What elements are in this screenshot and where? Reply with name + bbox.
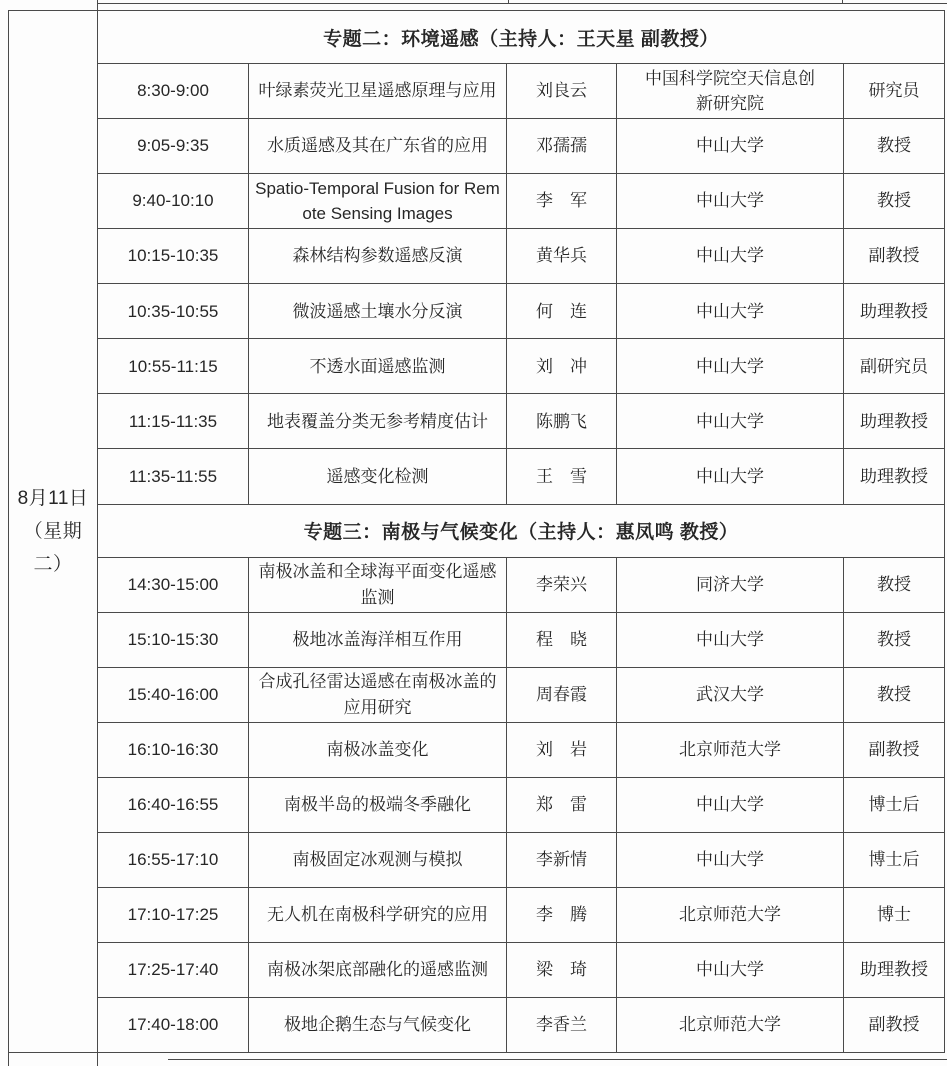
table-row: 15:10-15:30 极地冰盖海洋相互作用 程 晓 中山大学 教授 [98, 612, 944, 667]
affiliation-cell: 中山大学 [616, 613, 843, 667]
time-cell: 15:10-15:30 [98, 613, 248, 667]
title-cell: 教授 [843, 174, 944, 228]
affiliation-cell: 中山大学 [616, 833, 843, 887]
title-cell: 副教授 [843, 229, 944, 283]
table-row: 16:55-17:10 南极固定冰观测与模拟 李新情 中山大学 博士后 [98, 832, 944, 887]
topic-cell: 不透水面遥感监测 [248, 339, 506, 393]
table-row: 16:10-16:30 南极冰盖变化 刘 岩 北京师范大学 副教授 [98, 722, 944, 777]
title-cell: 教授 [843, 558, 944, 612]
session-title: 专题三：南极与气候变化（主持人：惠凤鸣 教授） [304, 517, 739, 544]
time-cell: 9:40-10:10 [98, 174, 248, 228]
date-label: 8月11日 [18, 482, 89, 515]
affiliation-cell: 武汉大学 [616, 668, 843, 722]
agenda-table: 8月11日 （星期二） 专题二：环境遥感（主持人：王天星 副教授） 8:30-9… [8, 10, 945, 1053]
topic-cell: 遥感变化检测 [248, 449, 506, 503]
title-cell: 助理教授 [843, 284, 944, 338]
schedule-content: 专题二：环境遥感（主持人：王天星 副教授） 8:30-9:00 叶绿素荧光卫星遥… [98, 11, 944, 1052]
session-header: 专题二：环境遥感（主持人：王天星 副教授） [98, 11, 944, 63]
top-crop-stub-1 [97, 0, 98, 10]
affiliation-cell: 中山大学 [616, 778, 843, 832]
table-row: 11:15-11:35 地表覆盖分类无参考精度估计 陈鹏飞 中山大学 助理教授 [98, 393, 944, 448]
time-cell: 17:25-17:40 [98, 943, 248, 997]
topic-cell: 森林结构参数遥感反演 [248, 229, 506, 283]
title-cell: 博士后 [843, 778, 944, 832]
speaker-cell: 李香兰 [506, 998, 616, 1052]
affiliation-cell: 中国科学院空天信息创新研究院 [616, 64, 843, 118]
affiliation-cell: 中山大学 [616, 449, 843, 503]
topic-cell: 南极冰盖和全球海平面变化遥感监测 [248, 558, 506, 612]
title-cell: 副研究员 [843, 339, 944, 393]
speaker-cell: 李荣兴 [506, 558, 616, 612]
affiliation-cell: 中山大学 [616, 339, 843, 393]
table-row: 17:10-17:25 无人机在南极科学研究的应用 李 腾 北京师范大学 博士 [98, 887, 944, 942]
topic-cell: 南极冰盖变化 [248, 723, 506, 777]
title-cell: 教授 [843, 668, 944, 722]
speaker-cell: 周春霞 [506, 668, 616, 722]
topic-cell: 南极冰架底部融化的遥感监测 [248, 943, 506, 997]
time-cell: 15:40-16:00 [98, 668, 248, 722]
top-crop-stub-3 [842, 0, 843, 4]
title-cell: 助理教授 [843, 394, 944, 448]
time-cell: 11:15-11:35 [98, 394, 248, 448]
speaker-cell: 程 晓 [506, 613, 616, 667]
session-title: 专题二：环境遥感（主持人：王天星 副教授） [323, 24, 719, 51]
topic-cell: Spatio-Temporal Fusion for Remote Sensin… [248, 174, 506, 228]
speaker-cell: 郑 雷 [506, 778, 616, 832]
table-row: 14:30-15:00 南极冰盖和全球海平面变化遥感监测 李荣兴 同济大学 教授 [98, 557, 944, 612]
affiliation-cell: 中山大学 [616, 119, 843, 173]
time-cell: 10:15-10:35 [98, 229, 248, 283]
time-cell: 11:35-11:55 [98, 449, 248, 503]
title-cell: 副教授 [843, 723, 944, 777]
affiliation-cell: 中山大学 [616, 394, 843, 448]
title-cell: 助理教授 [843, 943, 944, 997]
top-crop-stub-2 [508, 0, 509, 4]
speaker-cell: 李 腾 [506, 888, 616, 942]
top-crop-divider [97, 3, 947, 4]
table-row: 17:40-18:00 极地企鹅生态与气候变化 李香兰 北京师范大学 副教授 [98, 997, 944, 1052]
table-row: 17:25-17:40 南极冰架底部融化的遥感监测 梁 琦 中山大学 助理教授 [98, 942, 944, 997]
title-cell: 博士 [843, 888, 944, 942]
time-cell: 8:30-9:00 [98, 64, 248, 118]
table-row: 10:35-10:55 微波遥感土壤水分反演 何 连 中山大学 助理教授 [98, 283, 944, 338]
speaker-cell: 梁 琦 [506, 943, 616, 997]
speaker-cell: 邓孺孺 [506, 119, 616, 173]
table-row: 11:35-11:55 遥感变化检测 王 雪 中山大学 助理教授 [98, 448, 944, 503]
time-cell: 10:55-11:15 [98, 339, 248, 393]
speaker-cell: 何 连 [506, 284, 616, 338]
speaker-cell: 王 雪 [506, 449, 616, 503]
topic-cell: 极地冰盖海洋相互作用 [248, 613, 506, 667]
topic-cell: 无人机在南极科学研究的应用 [248, 888, 506, 942]
table-row: 10:15-10:35 森林结构参数遥感反演 黄华兵 中山大学 副教授 [98, 228, 944, 283]
table-row: 9:40-10:10 Spatio-Temporal Fusion for Re… [98, 173, 944, 228]
affiliation-cell: 中山大学 [616, 229, 843, 283]
title-cell: 副教授 [843, 998, 944, 1052]
bottom-crop-stub-2 [97, 1052, 98, 1066]
time-cell: 14:30-15:00 [98, 558, 248, 612]
speaker-cell: 黄华兵 [506, 229, 616, 283]
table-row: 10:55-11:15 不透水面遥感监测 刘 冲 中山大学 副研究员 [98, 338, 944, 393]
speaker-cell: 李新情 [506, 833, 616, 887]
affiliation-cell: 中山大学 [616, 284, 843, 338]
time-cell: 17:10-17:25 [98, 888, 248, 942]
topic-cell: 叶绿素荧光卫星遥感原理与应用 [248, 64, 506, 118]
weekday-label: （星期二） [9, 515, 97, 582]
affiliation-cell: 北京师范大学 [616, 723, 843, 777]
affiliation-cell: 北京师范大学 [616, 998, 843, 1052]
title-cell: 助理教授 [843, 449, 944, 503]
topic-cell: 南极半岛的极端冬季融化 [248, 778, 506, 832]
speaker-cell: 刘 岩 [506, 723, 616, 777]
speaker-cell: 陈鹏飞 [506, 394, 616, 448]
title-cell: 教授 [843, 613, 944, 667]
table-row: 9:05-9:35 水质遥感及其在广东省的应用 邓孺孺 中山大学 教授 [98, 118, 944, 173]
affiliation-cell: 北京师范大学 [616, 888, 843, 942]
time-cell: 16:55-17:10 [98, 833, 248, 887]
title-cell: 博士后 [843, 833, 944, 887]
speaker-cell: 刘良云 [506, 64, 616, 118]
date-cell: 8月11日 （星期二） [9, 11, 98, 1052]
topic-cell: 南极固定冰观测与模拟 [248, 833, 506, 887]
session-header: 专题三：南极与气候变化（主持人：惠凤鸣 教授） [98, 504, 944, 557]
table-row: 16:40-16:55 南极半岛的极端冬季融化 郑 雷 中山大学 博士后 [98, 777, 944, 832]
time-cell: 17:40-18:00 [98, 998, 248, 1052]
speaker-cell: 刘 冲 [506, 339, 616, 393]
topic-cell: 极地企鹅生态与气候变化 [248, 998, 506, 1052]
bottom-crop-divider [168, 1059, 947, 1060]
affiliation-cell: 中山大学 [616, 943, 843, 997]
topic-cell: 微波遥感土壤水分反演 [248, 284, 506, 338]
title-cell: 教授 [843, 119, 944, 173]
time-cell: 16:40-16:55 [98, 778, 248, 832]
topic-cell: 合成孔径雷达遥感在南极冰盖的应用研究 [248, 668, 506, 722]
schedule-page: 8月11日 （星期二） 专题二：环境遥感（主持人：王天星 副教授） 8:30-9… [0, 0, 947, 1066]
bottom-crop-stub-1 [8, 1052, 9, 1066]
time-cell: 10:35-10:55 [98, 284, 248, 338]
table-row: 8:30-9:00 叶绿素荧光卫星遥感原理与应用 刘良云 中国科学院空天信息创新… [98, 63, 944, 118]
time-cell: 9:05-9:35 [98, 119, 248, 173]
topic-cell: 水质遥感及其在广东省的应用 [248, 119, 506, 173]
affiliation-cell: 同济大学 [616, 558, 843, 612]
table-row: 15:40-16:00 合成孔径雷达遥感在南极冰盖的应用研究 周春霞 武汉大学 … [98, 667, 944, 722]
speaker-cell: 李 军 [506, 174, 616, 228]
time-cell: 16:10-16:30 [98, 723, 248, 777]
title-cell: 研究员 [843, 64, 944, 118]
topic-cell: 地表覆盖分类无参考精度估计 [248, 394, 506, 448]
affiliation-cell: 中山大学 [616, 174, 843, 228]
